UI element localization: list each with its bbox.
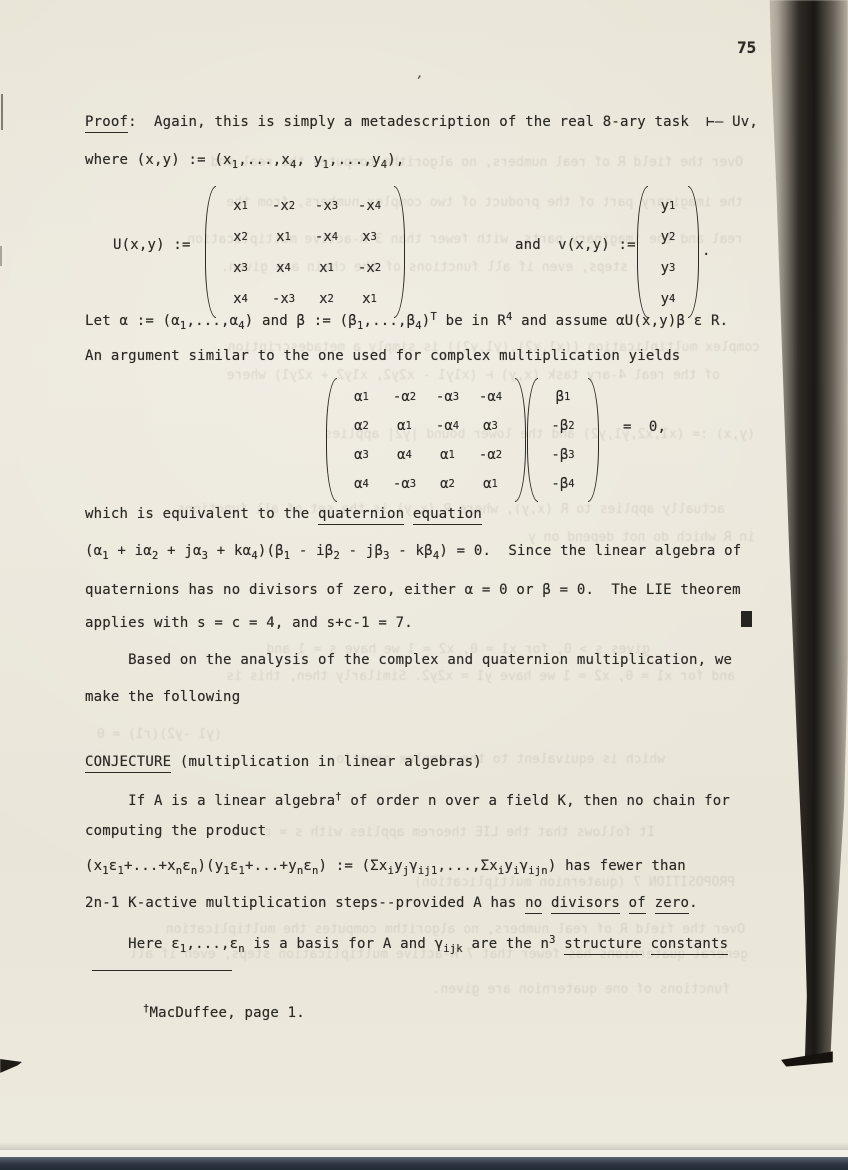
text-segment: and v(x,y) := <box>515 237 636 253</box>
text-segment: , y <box>297 152 323 168</box>
bleedthrough-line: and for x1 = 0, x2 = 1 we have y1 = x2y2… <box>95 670 735 684</box>
text-line: computing the product <box>85 824 266 839</box>
text-segment: make the following <box>85 689 240 705</box>
text-line: which is equivalent to the quaternion eq… <box>85 507 482 522</box>
text-segment: ,...,ε <box>186 936 238 952</box>
text-segment: of order n over a field K, then no chain… <box>342 793 730 809</box>
matrix-cell: -α2 <box>383 382 426 411</box>
matrix-cell: x3 <box>348 221 391 252</box>
left-paren <box>326 378 337 502</box>
matrix-cell: -x4 <box>305 221 348 252</box>
text-line: quaternions has no divisors of zero, eit… <box>85 583 741 598</box>
text-segment: Proof <box>85 114 128 133</box>
text-segment: : Again, this is simply a metadescriptio… <box>128 114 758 130</box>
vector-beta: β1-β2-β3-β4 <box>527 378 599 502</box>
matrix-cell: α1 <box>426 440 469 469</box>
matrix-cell: y4 <box>651 283 685 314</box>
text-segment: no <box>525 895 542 914</box>
text-segment <box>642 936 651 952</box>
scan-gutter-shadow <box>750 0 848 1060</box>
matrix-cell: x3 <box>219 252 262 283</box>
text-line: Based on the analysis of the complex and… <box>85 653 732 668</box>
text-segment: ijk <box>443 943 463 955</box>
text-segment: equation <box>413 506 482 525</box>
matrix-alpha: α1-α2-α3-α4α2α1-α4α3α3α4α1-α2α4-α3α2α1 <box>326 378 526 502</box>
matrix-cell: -β4 <box>541 469 585 498</box>
text-segment: (multiplication in linear algebras) <box>171 754 482 770</box>
matrix-cell: -β2 <box>541 411 585 440</box>
text-line: (x1ε1+...+xnεn)(y1ε1+...+ynεn) := (Σxiyj… <box>85 859 686 879</box>
text-segment: Let α := (α <box>85 313 180 329</box>
text-segment: structure <box>564 936 642 955</box>
matrix-cell: x4 <box>262 252 305 283</box>
text-segment: are the n <box>463 936 549 952</box>
text-segment: ,...,x <box>238 152 290 168</box>
text-segment <box>542 895 551 911</box>
text-segment: (α <box>85 543 102 559</box>
matrix-grid: x1-x2-x3-x4x2x1-x4x3x3x4x1-x2x4-x3x2x1 <box>216 186 394 318</box>
text-segment: +...+y <box>245 858 297 874</box>
text-segment: ij1 <box>418 865 438 877</box>
matrix-cell: -x2 <box>348 252 391 283</box>
vector-v: y1y2y3y4 <box>637 186 699 318</box>
text-line: An argument similar to the one used for … <box>85 349 680 364</box>
matrix-cell: x1 <box>305 252 348 283</box>
text-segment: applies with s = c = 4, and s+c-1 = 7. <box>85 615 413 631</box>
left-paren <box>637 186 648 318</box>
page-number: 75 <box>737 38 756 57</box>
bleedthrough-line: (y1 -y2)(r1) = 0 <box>62 728 222 742</box>
matrix-cell: -x4 <box>348 190 391 221</box>
bleedthrough-line: functions of one quaternion are given. <box>300 983 730 997</box>
text-segment: ε <box>182 858 191 874</box>
matrix-grid: β1-β2-β3-β4 <box>538 378 588 502</box>
right-paren <box>515 378 526 502</box>
matrix-cell: α1 <box>383 411 426 440</box>
matrix-cell: α3 <box>469 411 512 440</box>
matrix-u: x1-x2-x3-x4x2x1-x4x3x3x4x1-x2x4-x3x2x1 <box>205 186 405 318</box>
matrix-cell: -α3 <box>383 469 426 498</box>
text-segment: )(β <box>258 543 284 559</box>
text-segment: - jβ <box>340 543 383 559</box>
text-segment: which is equivalent to the <box>85 506 318 522</box>
text-segment <box>404 506 413 522</box>
matrix-cell: x1 <box>262 221 305 252</box>
matrix-cell: α4 <box>340 469 383 498</box>
right-paren <box>688 186 699 318</box>
matrix-grid: α1-α2-α3-α4α2α1-α4α3α3α4α1-α2α4-α3α2α1 <box>337 378 515 502</box>
text-segment: γ <box>520 858 529 874</box>
scan-bottom-band <box>0 1157 848 1170</box>
matrix-cell: x4 <box>219 283 262 314</box>
matrix-cell: α4 <box>383 440 426 469</box>
text-segment: quaternion <box>318 506 404 525</box>
matrix-cell: -x2 <box>262 190 305 221</box>
ink-speck: ’ <box>412 73 423 89</box>
text-segment: divisors <box>551 895 620 914</box>
right-paren <box>394 186 405 318</box>
matrix-cell: x1 <box>219 190 262 221</box>
text-segment: ε <box>303 858 312 874</box>
text-line: 2n-1 K-active multiplication steps--prov… <box>85 896 698 911</box>
text-segment: + kα <box>208 543 251 559</box>
matrix-grid: y1y2y3y4 <box>648 186 688 318</box>
footnote-separator <box>92 970 232 971</box>
text-segment: )(y <box>197 858 223 874</box>
text-segment: . <box>689 895 698 911</box>
equation1-lhs-label: U(x,y) := <box>113 238 191 253</box>
text-line: CONJECTURE (multiplication in linear alg… <box>85 755 482 770</box>
text-line: (α1 + iα2 + jα3 + kα4)(β1 - iβ2 - jβ3 - … <box>85 544 741 564</box>
equation2-result: = 0, <box>623 420 666 435</box>
matrix-cell: -x3 <box>305 190 348 221</box>
text-line: If A is a linear algebra† of order n ove… <box>85 790 730 809</box>
text-line: Here ε1,...,εn is a basis for A and γijk… <box>85 933 728 957</box>
matrix-cell: α1 <box>340 382 383 411</box>
text-segment: 2n-1 K-active multiplication steps--prov… <box>85 895 525 911</box>
matrix-cell: -α4 <box>469 382 512 411</box>
matrix-cell: α2 <box>426 469 469 498</box>
matrix-cell: -α2 <box>469 440 512 469</box>
matrix-cell: -α4 <box>426 411 469 440</box>
text-segment: y <box>394 858 403 874</box>
text-segment <box>556 936 565 952</box>
text-segment: = 0, <box>623 419 666 435</box>
matrix-cell: -β3 <box>541 440 585 469</box>
scanned-page: Over the field R of real numbers, no alg… <box>0 0 848 1170</box>
text-segment: An argument similar to the one used for … <box>85 348 680 364</box>
matrix-cell: y2 <box>651 221 685 252</box>
text-line: make the following <box>85 690 240 705</box>
text-segment: ,...,y <box>329 152 381 168</box>
matrix-cell: y1 <box>651 190 685 221</box>
matrix-cell: -x3 <box>262 283 305 314</box>
text-segment: MacDuffee, page 1. <box>150 1005 305 1021</box>
text-segment: quaternions has no divisors of zero, eit… <box>85 582 741 598</box>
text-segment: CONJECTURE <box>85 754 171 773</box>
text-segment: + iα <box>109 543 152 559</box>
text-segment: +...+x <box>124 858 176 874</box>
text-segment: ,...,Σx <box>437 858 497 874</box>
text-segment: of <box>629 895 646 914</box>
matrix-cell: α2 <box>340 411 383 440</box>
text-segment: zero <box>655 895 690 914</box>
text-segment: If A is a linear algebra <box>85 793 335 809</box>
matrix-cell: α3 <box>340 440 383 469</box>
text-segment: - kβ <box>390 543 433 559</box>
text-segment: ε <box>230 858 239 874</box>
matrix-cell: x2 <box>219 221 262 252</box>
equation1-and-label: and v(x,y) := <box>515 238 636 253</box>
text-line: Proof: Again, this is simply a metadescr… <box>85 115 758 130</box>
footnote: †MacDuffee, page 1. <box>143 1002 305 1021</box>
text-segment <box>646 895 655 911</box>
left-edge-mark <box>1 94 3 130</box>
qed-square <box>741 611 752 627</box>
text-segment: be in R <box>437 313 506 329</box>
text-segment: ) := (Σx <box>319 858 388 874</box>
text-segment: ), <box>387 152 404 168</box>
text-segment: ijn <box>528 865 548 877</box>
bottom-left-corner-mark <box>0 1053 22 1073</box>
text-line: where (x,y) := (x1,...,x4, y1,...,y4), <box>85 153 405 173</box>
text-segment: (x <box>85 858 102 874</box>
text-segment: is a basis for A and γ <box>245 936 443 952</box>
text-line: Let α := (α1,...,α4) and β := (β1,...,β4… <box>85 310 728 334</box>
text-line: applies with s = c = 4, and s+c-1 = 7. <box>85 616 413 631</box>
text-segment: . <box>702 243 711 259</box>
text-segment: constants <box>651 936 729 955</box>
text-segment: computing the product <box>85 823 266 839</box>
text-segment <box>620 895 629 911</box>
text-segment: U(x,y) := <box>113 237 191 253</box>
matrix-cell: x2 <box>305 283 348 314</box>
matrix-cell: x1 <box>348 283 391 314</box>
left-edge-mark <box>0 246 2 266</box>
left-paren <box>527 378 538 502</box>
right-paren <box>588 378 599 502</box>
text-segment: where (x,y) := (x <box>85 152 232 168</box>
text-segment: γ <box>409 858 418 874</box>
text-segment: y <box>504 858 513 874</box>
text-segment: Here ε <box>85 936 180 952</box>
text-segment: - iβ <box>290 543 333 559</box>
text-segment: ) has fewer than <box>548 858 686 874</box>
left-paren <box>205 186 216 318</box>
matrix-cell: y3 <box>651 252 685 283</box>
matrix-cell: α1 <box>469 469 512 498</box>
text-segment: ) = 0. Since the linear algebra of <box>439 543 741 559</box>
matrix-cell: -α3 <box>426 382 469 411</box>
text-segment: + jα <box>158 543 201 559</box>
matrix-cell: β1 <box>541 382 585 411</box>
text-segment: Based on the analysis of the complex and… <box>85 652 732 668</box>
equation1-period: . <box>702 244 711 259</box>
